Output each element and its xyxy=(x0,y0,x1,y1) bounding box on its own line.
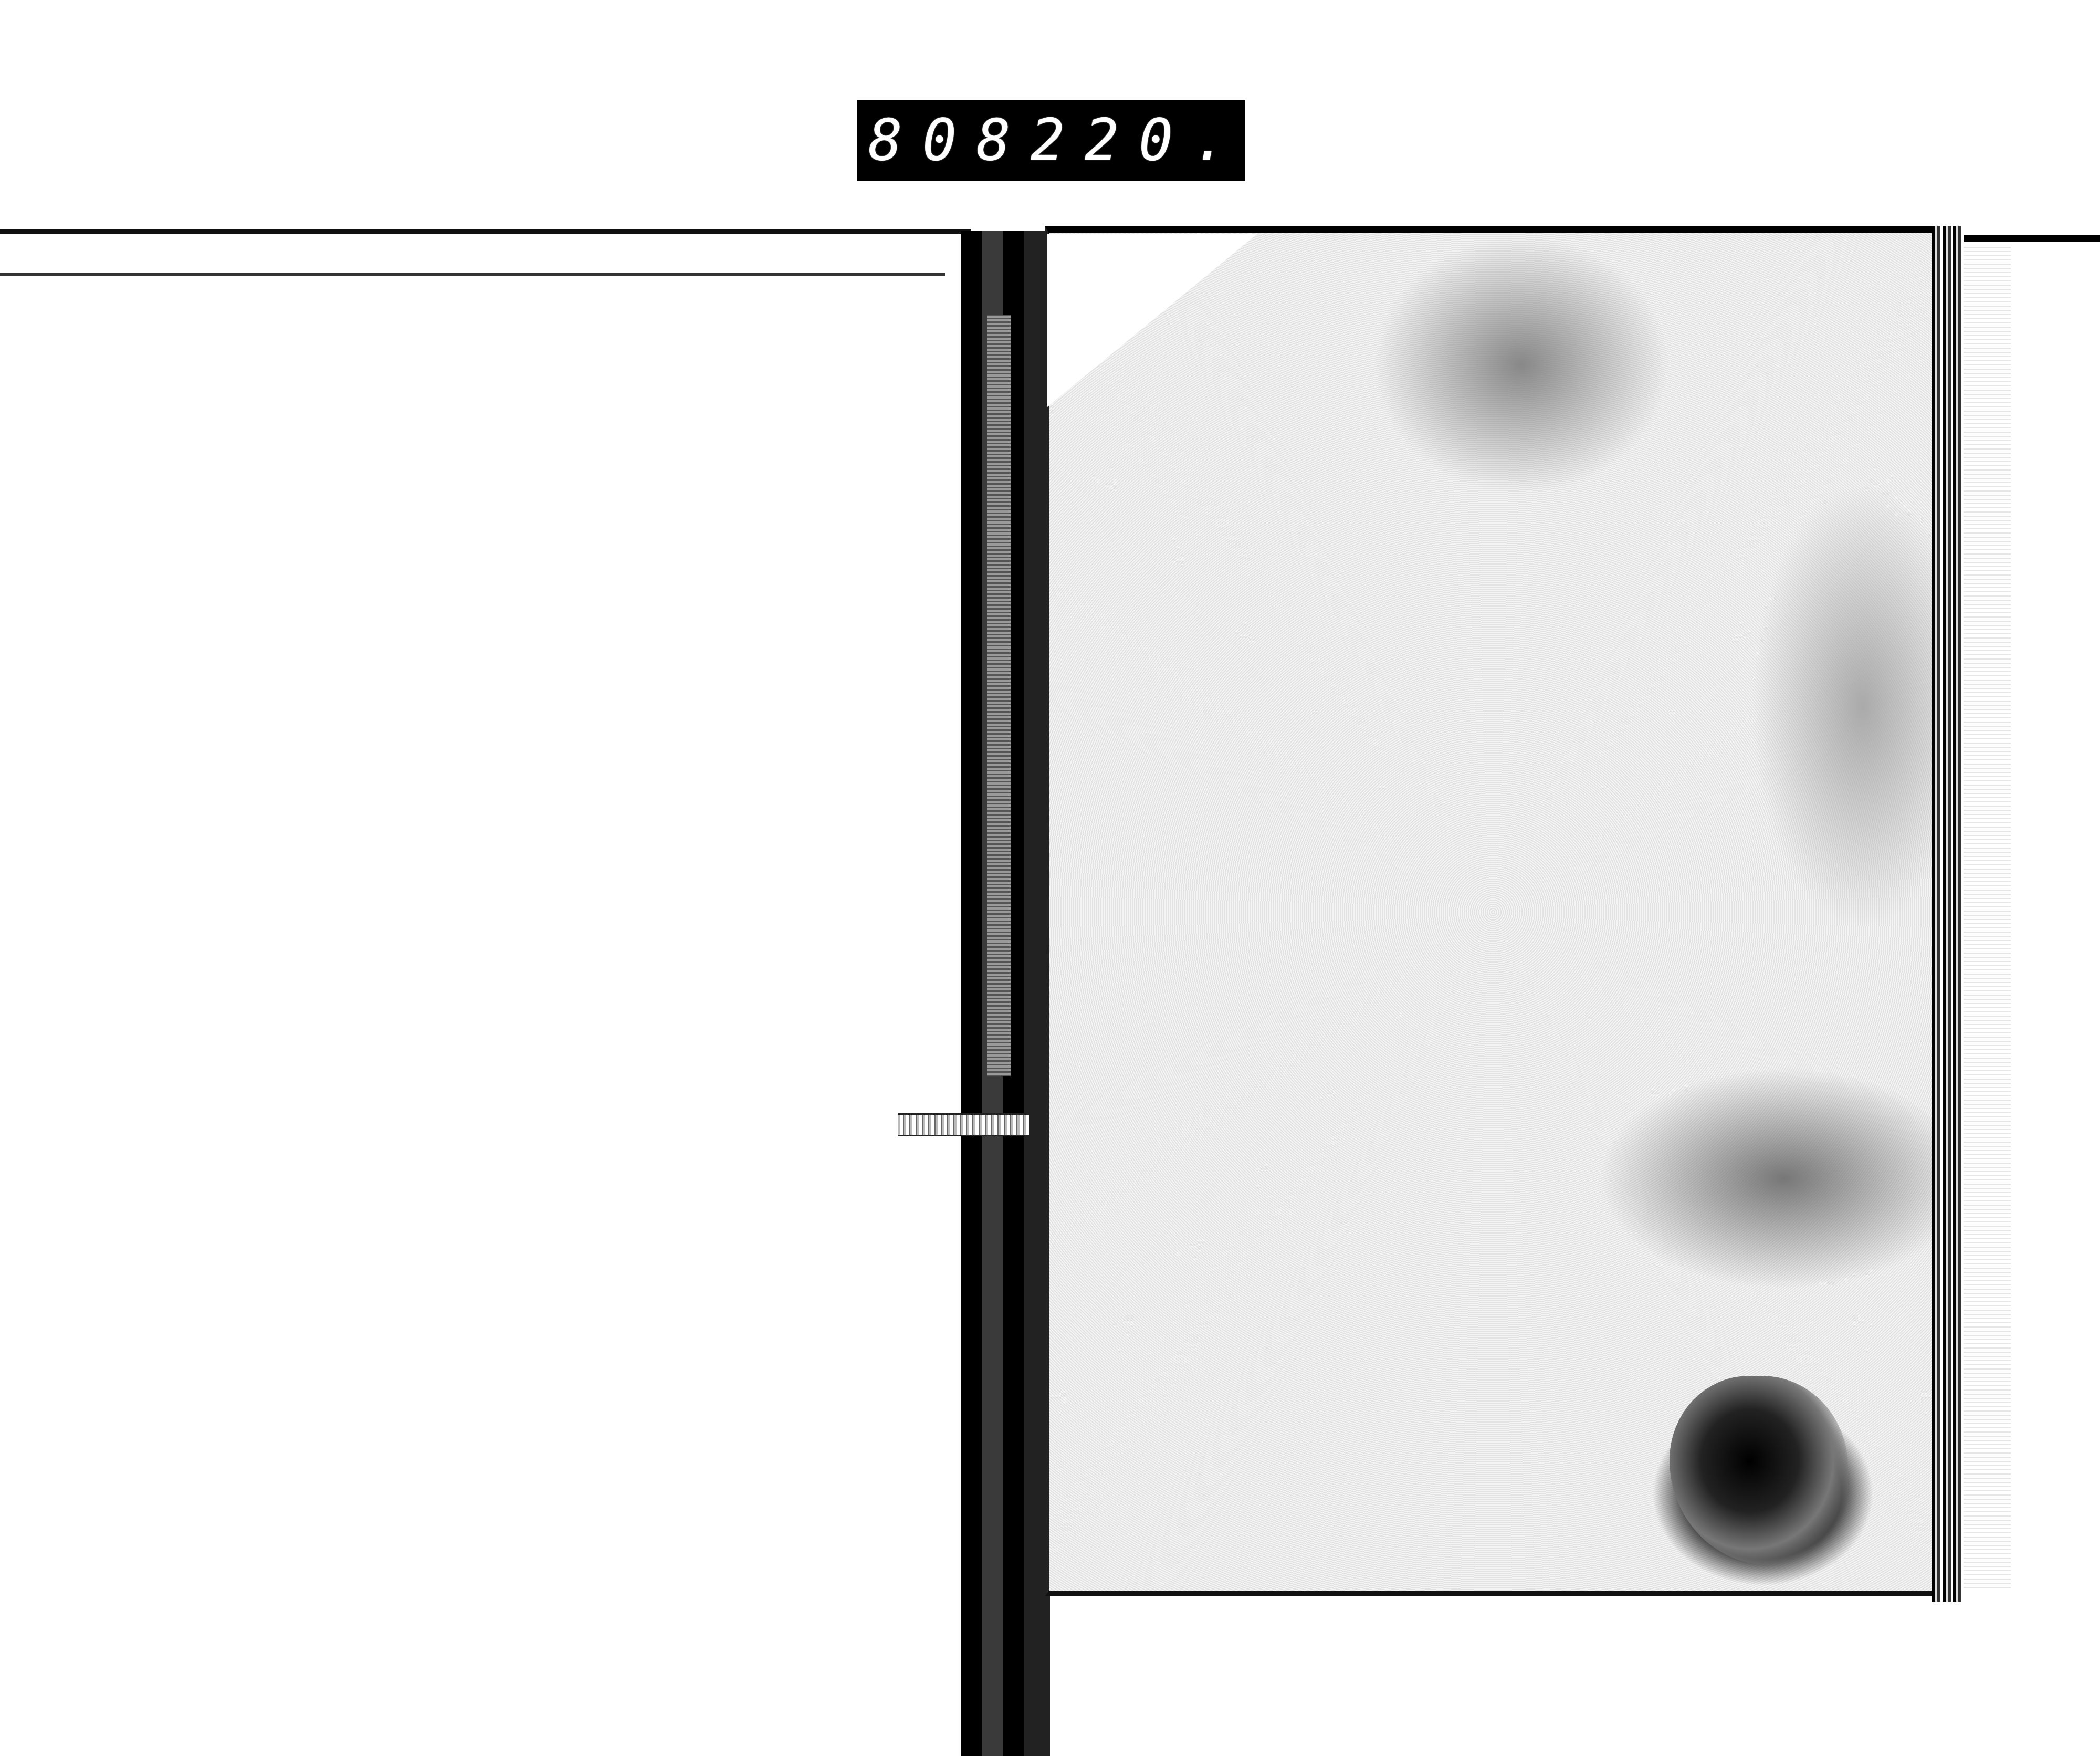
frame-counter-label: 808 220. xyxy=(857,100,1245,181)
page-block-fore-edge xyxy=(1932,226,1963,1602)
film-edge-line-right xyxy=(1942,235,2100,242)
spine-hinge xyxy=(987,315,1011,1076)
cover-corner-fold xyxy=(1047,234,1257,407)
fore-edge-shadow xyxy=(1963,247,2011,1591)
reel-number: 808 xyxy=(868,112,1031,169)
film-edge-line-secondary xyxy=(0,273,945,276)
binding-tie-strap xyxy=(898,1113,1029,1136)
film-edge-line-top xyxy=(0,229,971,234)
frame-number: 220. xyxy=(1031,112,1247,169)
